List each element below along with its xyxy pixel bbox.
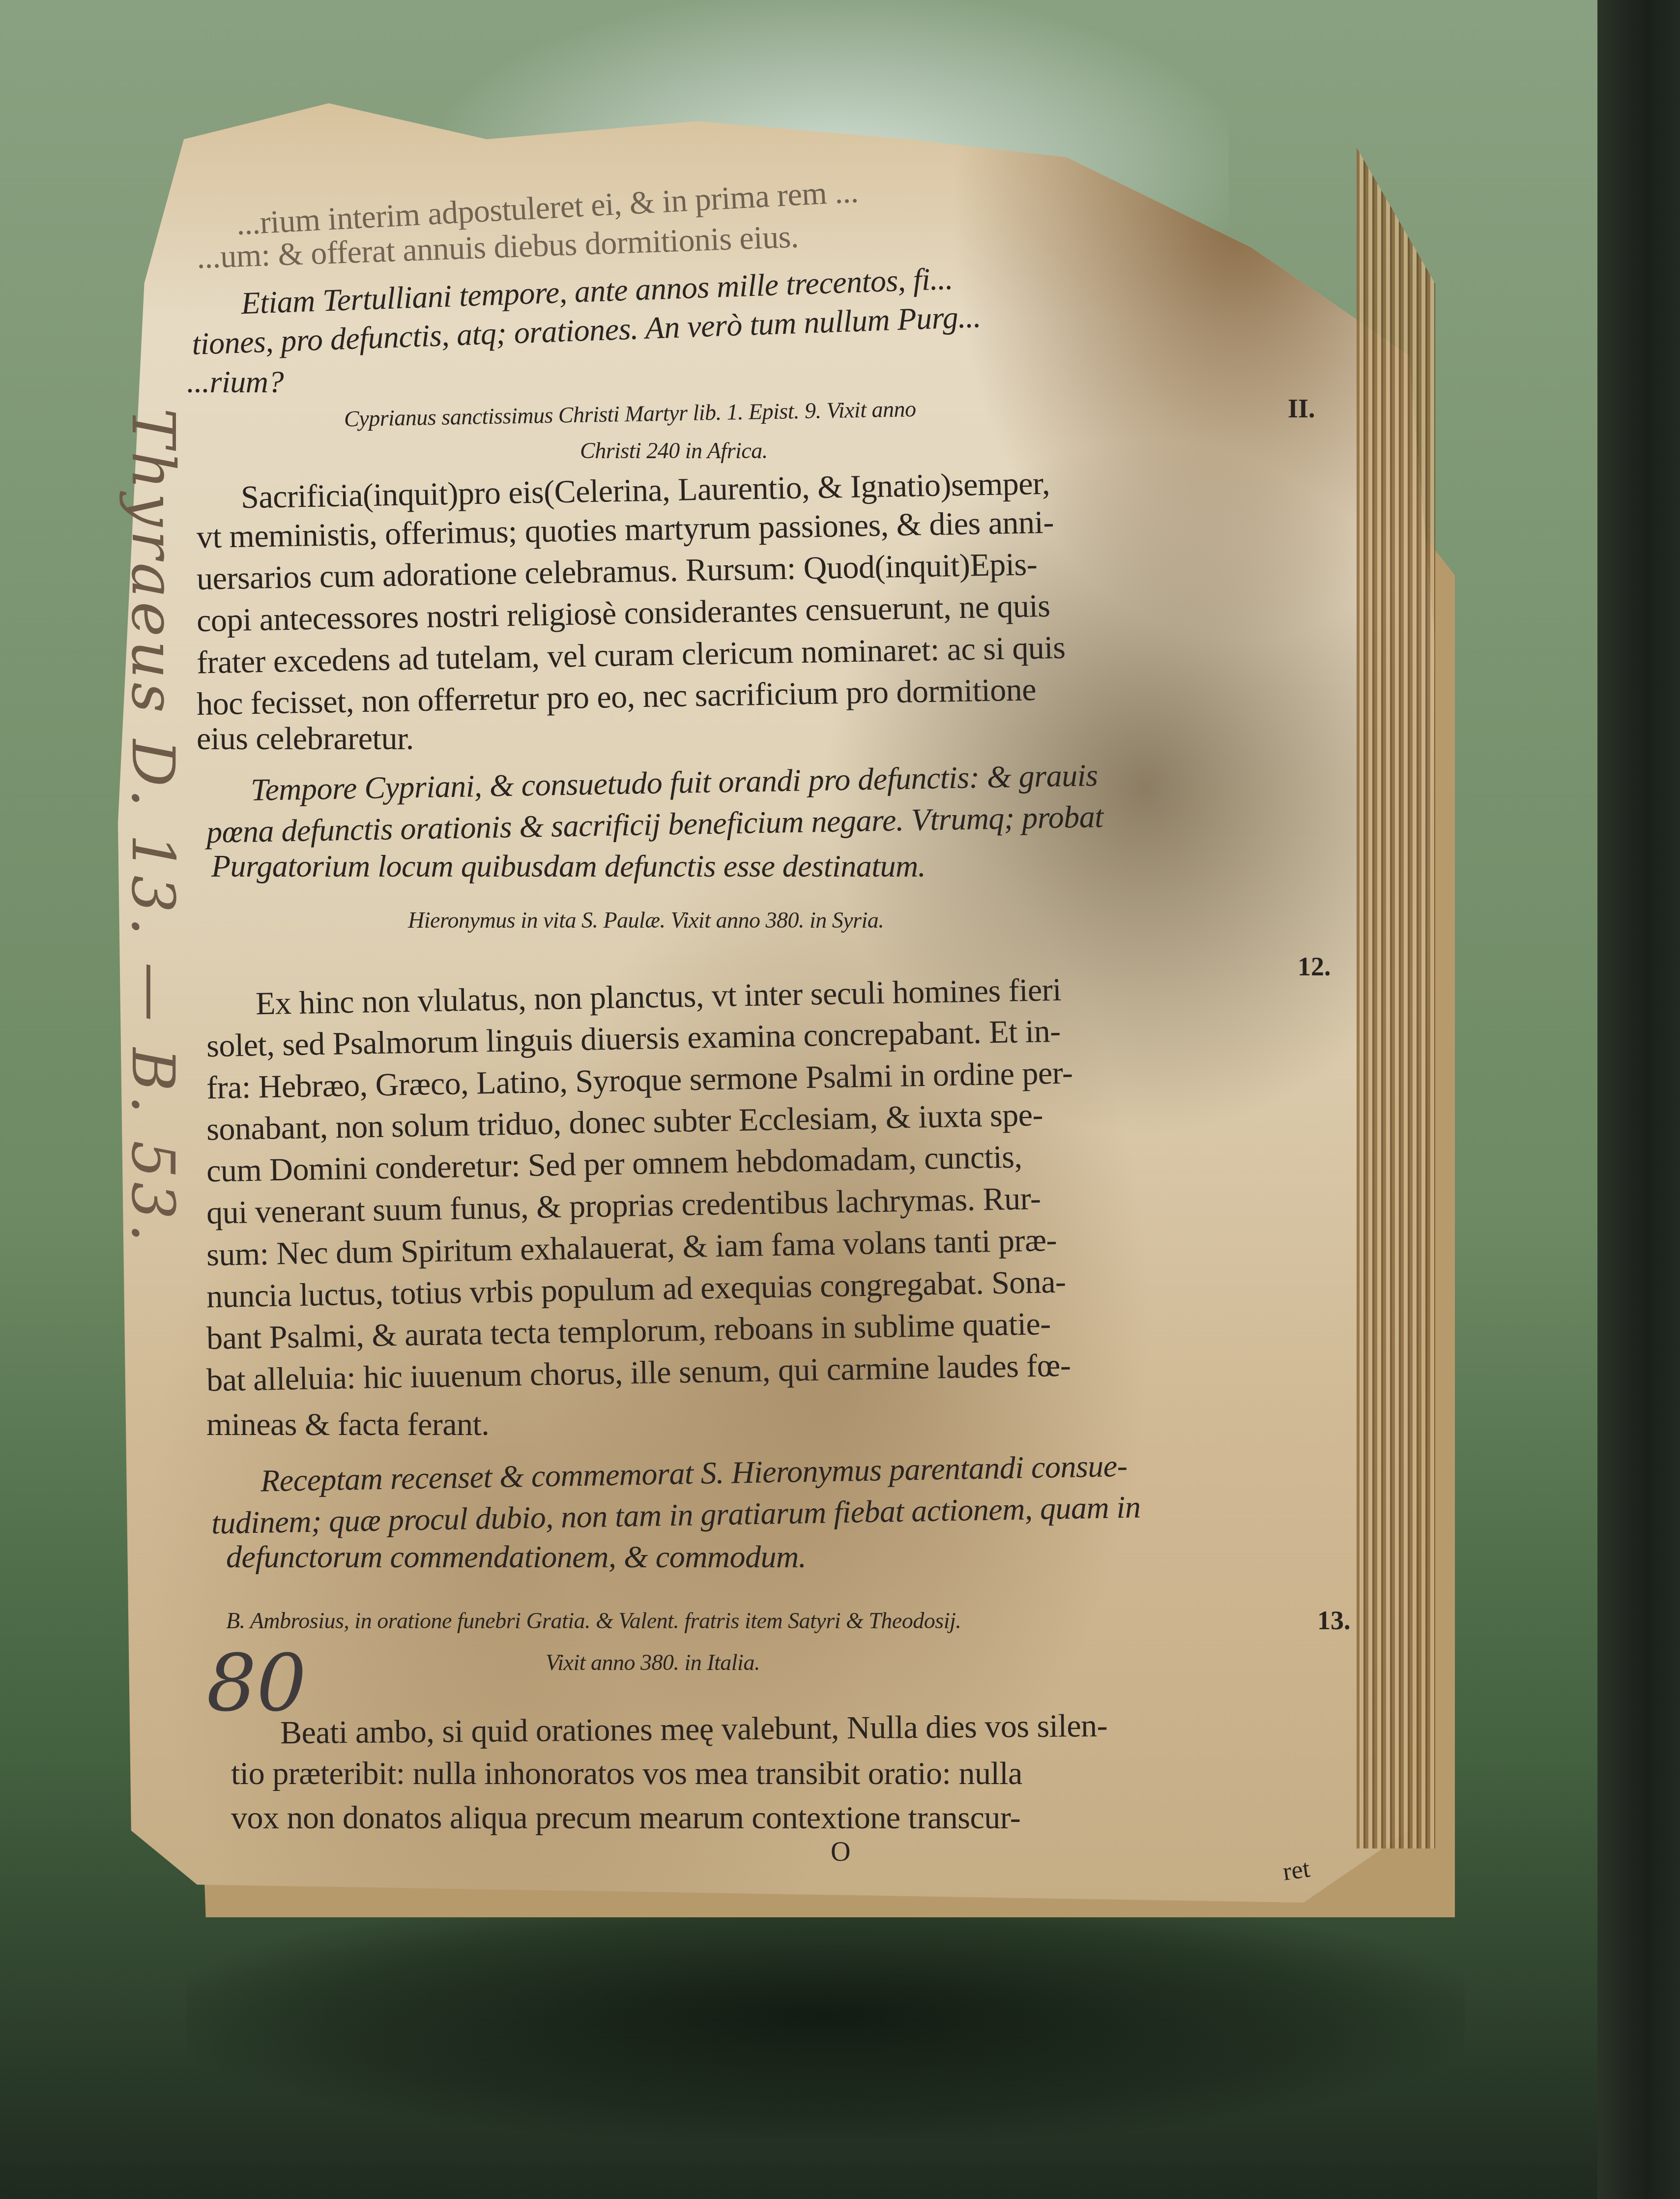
ambrose-heading-line-2: Vixit anno 380. in Italia. (546, 1649, 760, 1675)
page-edges-right (1357, 147, 1435, 1848)
dark-wooden-post (1597, 0, 1680, 2199)
margin-number-13: 13. (1317, 1605, 1351, 1636)
handwritten-margin-note: Thyraeus D. 13. — B. 53. (118, 408, 187, 1246)
ambrose-heading-line-1: B. Ambrosius, in oratione funebri Gratia… (226, 1608, 961, 1634)
jerome-note-line-3: defunctorum commendationem, & commodum. (226, 1539, 806, 1575)
margin-number-11: II. (1288, 393, 1315, 424)
handwritten-page-number: 80 (206, 1637, 307, 1729)
catchword: ret (1281, 1854, 1312, 1886)
cyprian-quote-line-7: eius celebraretur. (197, 720, 414, 758)
ambrose-quote-line-2: tio præteribit: nulla inhonoratos vos me… (231, 1755, 1022, 1792)
tertullian-note-line-3: ...rium? (187, 364, 284, 400)
cyprian-note-line-3: Purgatorium locum quibusdam defunctis es… (211, 848, 926, 884)
cyprian-heading-line-2: Christi 240 in Africa. (580, 438, 768, 464)
jerome-quote-line-11: mineas & facta ferant. (206, 1406, 489, 1443)
margin-number-12: 12. (1298, 951, 1331, 982)
page-shadow (187, 1893, 1465, 2139)
signature-mark: O (831, 1836, 850, 1868)
jerome-heading: Hieronymus in vita S. Paulæ. Vixit anno … (408, 907, 884, 933)
ambrose-quote-line-1: Beati ambo, si quid orationes meę valebu… (280, 1707, 1108, 1752)
ambrose-quote-line-3: vox non donatos aliqua precum mearum con… (231, 1799, 1020, 1837)
